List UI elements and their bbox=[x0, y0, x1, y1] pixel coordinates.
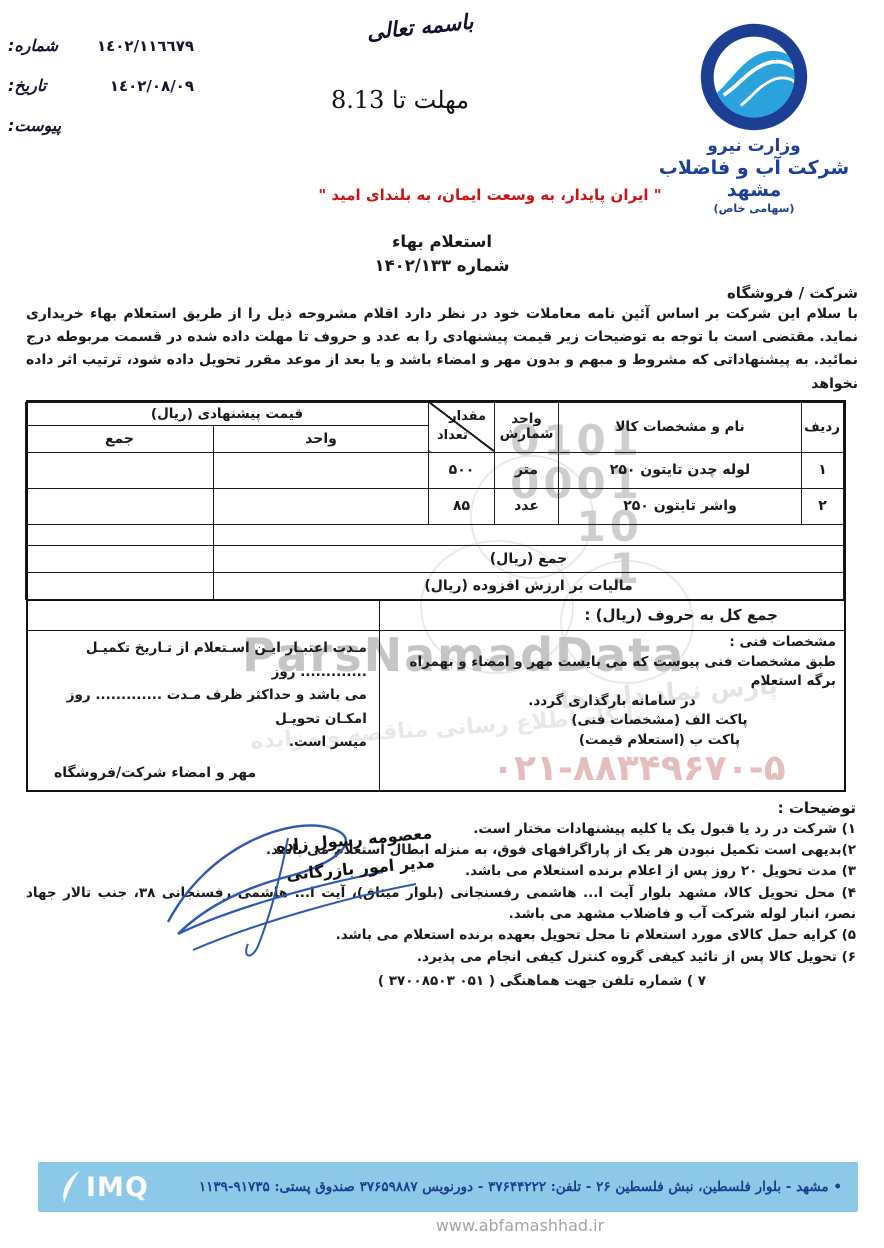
quantity-header-top: مقدار bbox=[432, 407, 491, 427]
row-item: لوله چدن تایتون ۲۵۰ bbox=[559, 452, 802, 488]
row-no: ۲ bbox=[802, 488, 844, 524]
col-header-price: قیمت پیشنهادی (ریال) bbox=[25, 402, 428, 425]
besmele-calligraphy: باسمه تعالی bbox=[339, 6, 501, 48]
intro-paragraph: با سلام این شرکت بر اساس آئین نامه معامل… bbox=[26, 303, 858, 396]
meta-block: ١٤٠٢/١١٦٦٧٩ شماره: ١٤٠٢/٠٨/٠٩ تاریخ: پیو… bbox=[8, 36, 194, 156]
specs-envelope-a: پاکت الف (مشخصات فنی) bbox=[388, 711, 836, 731]
meta-date-row: ١٤٠٢/٠٨/٠٩ تاریخ: bbox=[8, 76, 194, 95]
imq-feather-icon bbox=[60, 1169, 82, 1205]
sum-row: جمع (ریال) bbox=[25, 545, 843, 572]
title-line1: استعلام بهاء bbox=[0, 230, 884, 254]
number-value: ١٤٠٢/١١٦٦٧٩ bbox=[97, 37, 194, 55]
vat-value-cell bbox=[25, 572, 213, 599]
sum-value-cell bbox=[25, 545, 213, 572]
row-total-price bbox=[25, 452, 213, 488]
technical-specs-cell: مشخصات فنی : طبق مشخصات فنی پیوست که می … bbox=[379, 631, 844, 790]
logo-ministry-name: وزارت نیرو bbox=[648, 136, 860, 156]
meta-attachment-row: پیوست: bbox=[8, 116, 194, 135]
imq-label: IMQ bbox=[86, 1172, 149, 1203]
validity-line2: می باشد و حداکثر ظرف مـدت ............. … bbox=[40, 684, 367, 731]
col-header-unit: واحد شمارش bbox=[495, 402, 559, 452]
row-qty: ۵۰۰ bbox=[429, 452, 495, 488]
date-label: تاریخ: bbox=[8, 76, 46, 95]
sum-label: جمع (ریال) bbox=[214, 545, 844, 572]
meta-number-row: ١٤٠٢/١١٦٦٧٩ شماره: bbox=[8, 36, 194, 55]
col-header-row-no: ردیف bbox=[802, 402, 844, 452]
col-header-unit-price: واحد bbox=[214, 425, 429, 452]
title-line2: شماره ۱۴۰۲/۱۳۳ bbox=[0, 254, 884, 278]
col-header-quantity: مقدار تعداد bbox=[429, 402, 495, 452]
table-header-row-1: ردیف نام و مشخصات کالا واحد شمارش مقدار … bbox=[25, 402, 843, 425]
row-unit-price bbox=[214, 452, 429, 488]
specs-line2: در سامانه بارگذاری گردد. bbox=[388, 692, 836, 712]
col-header-total-price: جمع bbox=[25, 425, 213, 452]
table-row: ۱ لوله چدن تایتون ۲۵۰ متر ۵۰۰ bbox=[25, 452, 843, 488]
website-url: www.abfamashhad.ir bbox=[370, 1216, 670, 1235]
document-title: استعلام بهاء شماره ۱۴۰۲/۱۳۳ bbox=[0, 230, 884, 278]
footer-bar: • مشهد - بلوار فلسطین، نبش فلسطین ۲۶ - ت… bbox=[38, 1162, 858, 1212]
signature-block: معصومه رسول زاده مدیر امور بازرگانی bbox=[138, 804, 448, 979]
row-item: واشر تایتون ۲۵۰ bbox=[559, 488, 802, 524]
national-slogan: " ایران پایدار، به وسعت ایمان، به بلندای… bbox=[250, 186, 730, 204]
water-ministry-logo-icon: و هر چیز زنده ای را از آب قرار دادیم bbox=[697, 20, 811, 134]
inquiry-table-box: ردیف نام و مشخصات کالا واحد شمارش مقدار … bbox=[26, 400, 846, 792]
specs-validity-row: مشخصات فنی : طبق مشخصات فنی پیوست که می … bbox=[28, 630, 844, 790]
footer-address: • مشهد - بلوار فلسطین، نبش فلسطین ۲۶ - ت… bbox=[159, 1179, 858, 1195]
specs-line1: طبق مشخصات فنی پیوست که می بایست مهر و ا… bbox=[388, 653, 836, 692]
imq-logo: IMQ bbox=[38, 1169, 159, 1205]
row-unit-price bbox=[214, 488, 429, 524]
total-in-words-row: جمع کل به حروف (ریال) : bbox=[28, 600, 844, 630]
row-total-price bbox=[25, 488, 213, 524]
validity-cell: مـدت اعتبـار ایـن اسـتعلام از تـاریخ تکم… bbox=[28, 631, 379, 790]
items-table: ردیف نام و مشخصات کالا واحد شمارش مقدار … bbox=[25, 402, 844, 600]
stamp-signature-label: مهر و امضاء شرکت/فروشگاه bbox=[40, 761, 367, 786]
validity-line1: مـدت اعتبـار ایـن اسـتعلام از تـاریخ تکم… bbox=[40, 637, 367, 684]
specs-title: مشخصات فنی : bbox=[388, 633, 836, 653]
recipient-line: شرکت / فروشگاه bbox=[26, 284, 858, 302]
validity-line3: میسر است. bbox=[40, 731, 367, 755]
total-in-words-label-cell: جمع کل به حروف (ریال) : bbox=[379, 601, 844, 630]
row-no: ۱ bbox=[802, 452, 844, 488]
number-label: شماره: bbox=[8, 36, 58, 55]
attachment-label: پیوست: bbox=[8, 116, 61, 135]
specs-envelope-b: پاکت ب (استعلام قیمت) bbox=[388, 731, 836, 751]
row-unit: متر bbox=[495, 452, 559, 488]
date-value: ١٤٠٢/٠٨/٠٩ bbox=[110, 77, 194, 95]
vat-row: مالیات بر ارزش افزوده (ریال) bbox=[25, 572, 843, 599]
row-qty: ۸۵ bbox=[429, 488, 495, 524]
quantity-header-bottom: تعداد bbox=[432, 426, 491, 448]
scanned-inquiry-document: 0101 0001 10 1 ParsNamadData پارس نماد د… bbox=[0, 0, 884, 1248]
deadline-note: مهلت تا 8.13 bbox=[300, 86, 500, 114]
col-header-item: نام و مشخصات کالا bbox=[559, 402, 802, 452]
row-unit: عدد bbox=[495, 488, 559, 524]
empty-row bbox=[25, 524, 843, 545]
table-row: ۲ واشر تایتون ۲۵۰ عدد ۸۵ bbox=[25, 488, 843, 524]
vat-label: مالیات بر ارزش افزوده (ریال) bbox=[214, 572, 844, 599]
